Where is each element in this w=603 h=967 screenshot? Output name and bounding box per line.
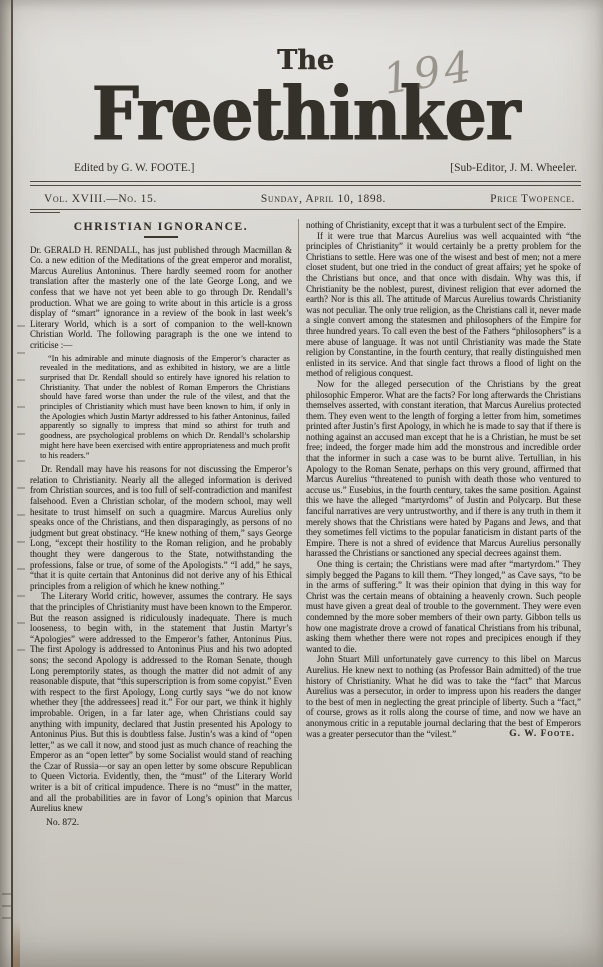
article-paragraph: John Stuart Mill unfortunately gave curr… [306,654,581,739]
article-paragraph: If it were true that Marcus Aurelius was… [306,231,581,379]
binding-foot-edge [13,921,20,967]
article-left-paragraphs: Dr. GERALD H. RENDALL, has just publishe… [30,245,292,814]
margin-pencil-marks [2,893,11,919]
article-columns: CHRISTIAN IGNORANCE. Dr. GERALD H. RENDA… [30,217,581,828]
masthead: The Freethinker Edited by G. W. FOOTE.] … [30,46,581,174]
subeditor-credit: [Sub-Editor, J. M. Wheeler. [450,162,577,174]
issue-price: Price Twopence. [490,193,575,205]
column-right: nothing of Christianity, except that it … [306,217,581,828]
issue-info-row: Vol. XVIII.—No. 15. Sunday, April 10, 18… [44,193,575,205]
article-right-paragraphs: nothing of Christianity, except that it … [306,220,581,739]
page-scan: 194 The Freethinker Edited by G. W. FOOT… [0,0,603,967]
editor-credit: Edited by G. W. FOOTE.] [74,162,194,174]
article-paragraph: Dr. Rendall may have his reasons for not… [30,464,292,591]
issue-footer-number: No. 872. [30,818,292,829]
masthead-title: Freethinker [30,70,581,157]
issue-date: Sunday, April 10, 1898. [261,193,386,205]
column-divider [298,219,299,800]
article-paragraph: One thing is certain; the Christians wer… [306,559,581,654]
article-paragraph: nothing of Christianity, except that it … [306,220,581,231]
editor-row: Edited by G. W. FOOTE.] [Sub-Editor, J. … [74,162,577,174]
article-title: CHRISTIAN IGNORANCE. [30,222,292,233]
article-paragraph: Now for the alleged persecution of the C… [306,379,581,559]
article-paragraph: Dr. GERALD H. RENDALL, has just publishe… [30,245,292,351]
article-paragraph: The Literary World critic, however, assu… [30,591,292,813]
volume-number: Vol. XVIII.—No. 15. [44,193,157,205]
masthead-divider-rule [30,181,581,186]
article-paragraph: “In his admirable and minute diagnosis o… [30,352,292,463]
article-title-divider [144,236,178,238]
page-content: The Freethinker Edited by G. W. FOOTE.] … [0,46,603,828]
issue-divider-rule [30,209,581,213]
column-left: CHRISTIAN IGNORANCE. Dr. GERALD H. RENDA… [30,217,292,828]
